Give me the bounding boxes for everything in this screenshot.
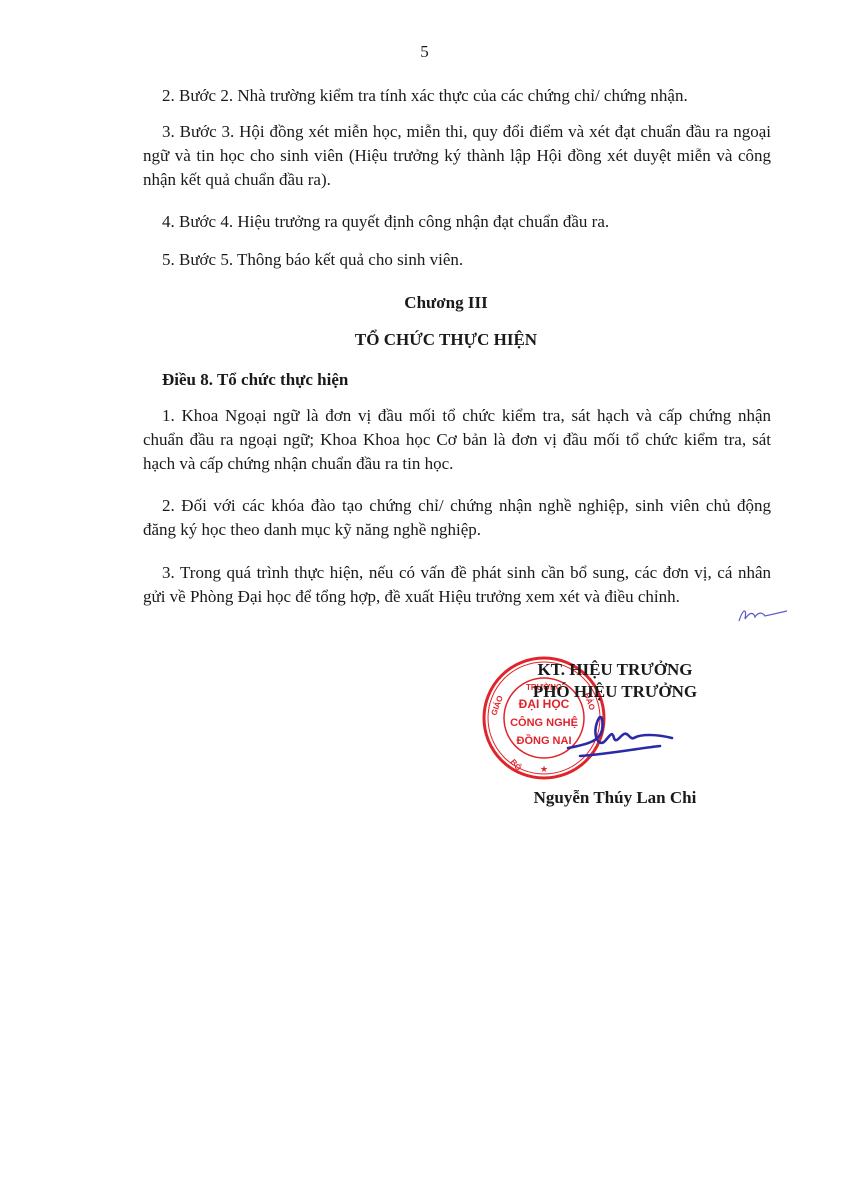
- signature-title-line1: KT. HIỆU TRƯỞNG: [500, 659, 730, 681]
- step-3-text: 3. Bước 3. Hội đồng xét miễn học, miễn t…: [143, 120, 771, 192]
- chapter-number: Chương III: [143, 293, 749, 313]
- signer-name: Nguyễn Thúy Lan Chi: [500, 788, 730, 808]
- step-2: 2. Bước 2. Nhà trường kiểm tra tính xác …: [143, 84, 771, 108]
- clause-3-text: 3. Trong quá trình thực hiện, nếu có vấn…: [143, 561, 771, 609]
- handwritten-signature-icon: [560, 700, 690, 770]
- clause-3: 3. Trong quá trình thực hiện, nếu có vấn…: [143, 561, 771, 609]
- article-heading: Điều 8. Tổ chức thực hiện: [162, 370, 348, 390]
- chapter-title: TỔ CHỨC THỰC HIỆN: [143, 330, 749, 350]
- clause-2-text: 2. Đối với các khóa đào tạo chứng chỉ/ c…: [143, 494, 771, 542]
- step-2-text: 2. Bước 2. Nhà trường kiểm tra tính xác …: [143, 84, 771, 108]
- svg-text:BỘ: BỘ: [508, 758, 523, 773]
- svg-text:★: ★: [540, 764, 548, 774]
- step-4-text: 4. Bước 4. Hiệu trưởng ra quyết định côn…: [143, 210, 771, 234]
- initial-mark-icon: [735, 603, 790, 625]
- step-5-text: 5. Bước 5. Thông báo kết quả cho sinh vi…: [143, 248, 771, 272]
- clause-1-text: 1. Khoa Ngoại ngữ là đơn vị đầu mối tổ c…: [143, 404, 771, 476]
- step-3: 3. Bước 3. Hội đồng xét miễn học, miễn t…: [143, 120, 771, 192]
- signature-title: KT. HIỆU TRƯỞNG PHÓ HIỆU TRƯỞNG: [500, 659, 730, 703]
- step-4: 4. Bước 4. Hiệu trưởng ra quyết định côn…: [143, 210, 771, 234]
- step-5: 5. Bước 5. Thông báo kết quả cho sinh vi…: [143, 248, 771, 272]
- page-number: 5: [0, 42, 849, 62]
- clause-2: 2. Đối với các khóa đào tạo chứng chỉ/ c…: [143, 494, 771, 542]
- clause-1: 1. Khoa Ngoại ngữ là đơn vị đầu mối tổ c…: [143, 404, 771, 476]
